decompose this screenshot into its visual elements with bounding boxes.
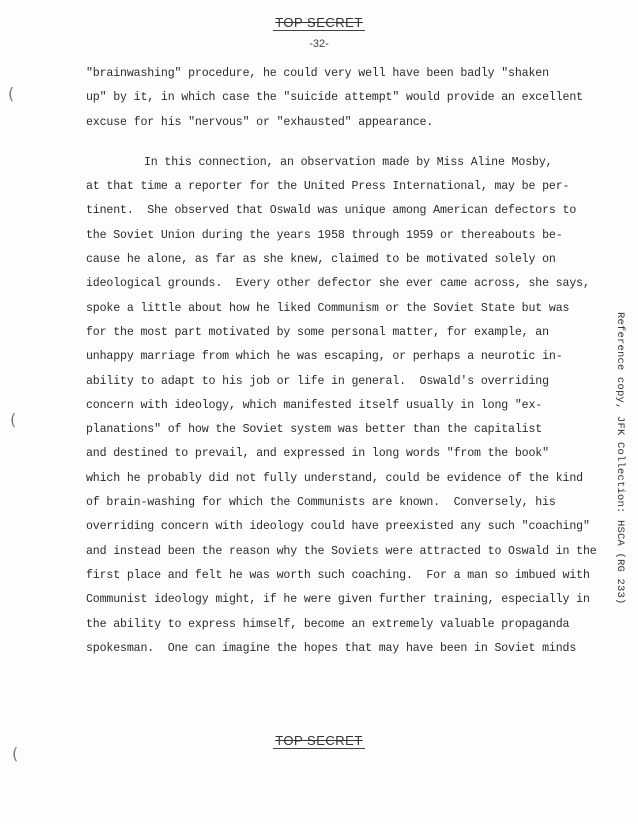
text-line: ideological grounds. Every other defecto… xyxy=(86,272,606,296)
classification-label: TOP SECRET xyxy=(273,733,365,749)
text-line: unhappy marriage from which he was escap… xyxy=(86,345,606,369)
text-line: and destined to prevail, and expressed i… xyxy=(86,442,606,466)
text-line: first place and felt he was worth such c… xyxy=(86,564,606,588)
text-line: and instead been the reason why the Sovi… xyxy=(86,540,606,564)
text-line: the Soviet Union during the years 1958 t… xyxy=(86,224,606,248)
binder-hole-mark: ( xyxy=(10,410,16,429)
body-text: "brainwashing" procedure, he could very … xyxy=(86,62,606,661)
text-line: spoke a little about how he liked Commun… xyxy=(86,297,606,321)
classification-label: TOP SECRET xyxy=(273,15,365,31)
text-line: of brain-washing for which the Communist… xyxy=(86,491,606,515)
text-line: cause he alone, as far as she knew, clai… xyxy=(86,248,606,272)
text-line: overriding concern with ideology could h… xyxy=(86,515,606,539)
page-number: -32- xyxy=(0,38,638,50)
text-line: which he probably did not fully understa… xyxy=(86,467,606,491)
text-line: concern with ideology, which manifested … xyxy=(86,394,606,418)
text-line: Communist ideology might, if he were giv… xyxy=(86,588,606,612)
text-line: ability to adapt to his job or life in g… xyxy=(86,370,606,394)
reference-copy-stamp: Reference copy, JFK Collection: HSCA (RG… xyxy=(612,312,626,632)
text-line: tinent. She observed that Oswald was uni… xyxy=(86,199,606,223)
classification-footer: TOP SECRET xyxy=(0,733,638,748)
text-line: the ability to express himself, become a… xyxy=(86,613,606,637)
document-page: TOP SECRET -32- ( ( ( "brainwashing" pro… xyxy=(0,0,638,824)
text-line: excuse for his "nervous" or "exhausted" … xyxy=(86,111,606,135)
text-line: for the most part motivated by some pers… xyxy=(86,321,606,345)
text-line: spokesman. One can imagine the hopes tha… xyxy=(86,637,606,661)
classification-header: TOP SECRET xyxy=(0,15,638,30)
text-line: up" by it, in which case the "suicide at… xyxy=(86,86,606,110)
text-line: at that time a reporter for the United P… xyxy=(86,175,606,199)
text-line: In this connection, an observation made … xyxy=(86,151,606,175)
paragraph-gap xyxy=(86,135,606,151)
text-line: "brainwashing" procedure, he could very … xyxy=(86,62,606,86)
binder-hole-mark: ( xyxy=(8,84,14,103)
text-line: planations" of how the Soviet system was… xyxy=(86,418,606,442)
